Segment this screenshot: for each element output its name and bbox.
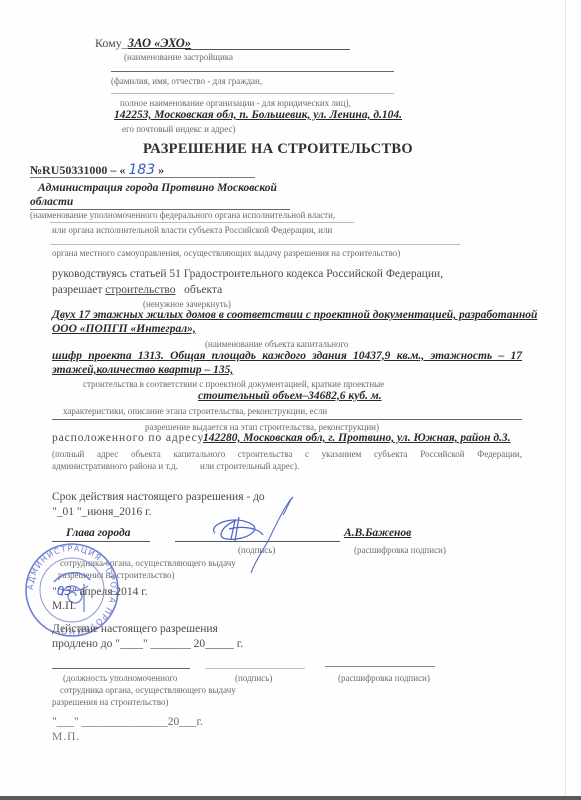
site-address: 142280, Московская обл, г. Протвино, ул.…	[203, 432, 511, 444]
label-developer: (наименование застройщика	[124, 52, 233, 62]
ext-decode-line	[325, 666, 435, 667]
object-line1: Двух 17 этажных жилых домов в соответств…	[52, 309, 537, 321]
label-specs3: разрешение выдается на этап строительств…	[145, 422, 379, 432]
extension-line1: Действие настоящего разрешения	[52, 623, 218, 635]
ext-label-sign: (подпись)	[235, 673, 272, 683]
object-line2: ООО «ПОПГП «Интеграл»,	[52, 323, 196, 335]
recipient-underline	[185, 49, 350, 50]
issuer-line-a	[50, 222, 354, 223]
issuer-line-b	[50, 244, 460, 245]
located-text: расположенного по адресу	[52, 432, 204, 444]
label-site2a: административного района и т.д.	[52, 461, 178, 471]
label-site1: (полный адрес объекта капитального строи…	[52, 449, 522, 459]
recipient-name: ЗАО «ЭХО»	[128, 36, 191, 50]
issue-date-rest: апреля 2014 г.	[80, 586, 148, 598]
number-prefix: №RU50331000 – «	[30, 163, 125, 177]
fio-line	[111, 71, 394, 72]
permits-word: строительство	[105, 284, 175, 296]
specs-line	[52, 419, 522, 420]
label-fio: (фамилия, имя, отчество - для граждан,	[111, 76, 262, 86]
issuer-label2: или органа исполнительной власти субъект…	[52, 225, 332, 235]
ext-sign-line	[205, 668, 305, 669]
recipient-line: Кому_ЗАО «ЭХО»	[95, 36, 191, 51]
label-strike: (ненужное зачеркнуть)	[143, 299, 231, 309]
number-underline	[30, 177, 255, 178]
ext-date: "___" _______________20___г.	[52, 716, 203, 728]
validity-date: "_01 "_июня_2016 г.	[52, 506, 151, 518]
label-specs1: строительства в соответствии с проектной…	[83, 379, 384, 389]
permit-page: Кому_ЗАО «ЭХО» (наименование застройщика…	[0, 0, 581, 796]
issuer-line1: Администрация города Протвино Московской	[38, 182, 277, 194]
specs-line1: шифр проекта 1313. Общая площадь каждого…	[52, 350, 522, 362]
issue-date: "03" апреля 2014 г.	[52, 584, 148, 598]
stamp-place-2: М.П.	[52, 731, 80, 743]
document-title: РАЗРЕШЕНИЕ НА СТРОИТЕЛЬСТВО	[143, 141, 413, 158]
issuer-label3: органа местного самоуправления, осуществ…	[52, 248, 400, 258]
object-word: объекта	[184, 284, 222, 296]
signer-position: Глава города	[66, 527, 130, 539]
ext-label-employee1: сотрудника органа, осуществляющего выдач…	[60, 685, 236, 695]
permit-number: №RU50331000 – « 183 »	[30, 162, 164, 178]
number-suffix: »	[158, 163, 164, 177]
stamp-place-1: М.П.	[52, 600, 76, 612]
scan-edge	[565, 0, 566, 796]
issue-day: 03	[57, 584, 72, 598]
ext-label-decode: (расшифровка подписи)	[338, 673, 430, 683]
label-specs2: характеристики, описание этапа строитель…	[63, 406, 327, 416]
recipient-prefix: Кому	[95, 36, 122, 50]
label-object: (наименование объекта капитального	[205, 339, 348, 349]
label-decode: (расшифровка подписи)	[354, 545, 446, 555]
label-org: полное наименование организации - для юр…	[120, 98, 351, 108]
label-site2b: или строительный адрес).	[200, 461, 299, 471]
extension-line2: продлено до "____" _______ 20_____ г.	[52, 638, 243, 650]
recipient-address: 142253, Московская обл, п. Большевик, ул…	[114, 109, 402, 121]
permits-line: разрешает строительство объекта	[52, 284, 222, 296]
handwritten-signature-icon	[205, 495, 295, 575]
scan-bottom-edge	[0, 796, 581, 800]
ext-label-employee2: разрешения на строительство)	[52, 697, 169, 707]
signer-name: А.В.Баженов	[344, 527, 411, 539]
org-line	[111, 93, 394, 94]
ext-label-position: (должность уполномоченного	[63, 673, 177, 683]
ext-position-line	[52, 668, 190, 669]
issuer-line2: области	[30, 196, 73, 208]
volume: стоительный объем–34682,6 куб. м.	[198, 390, 382, 402]
permits-text: разрешает	[52, 284, 102, 296]
label-address: его почтовый индекс и адрес)	[122, 124, 235, 134]
specs-line2: этажей,количество квартир – 135,	[52, 364, 233, 376]
guided-text: руководствуясь статьей 51 Градостроитель…	[52, 268, 443, 280]
issuer-label1: (наименование уполномоченного федерально…	[30, 210, 335, 220]
number-value: 183	[128, 162, 155, 178]
